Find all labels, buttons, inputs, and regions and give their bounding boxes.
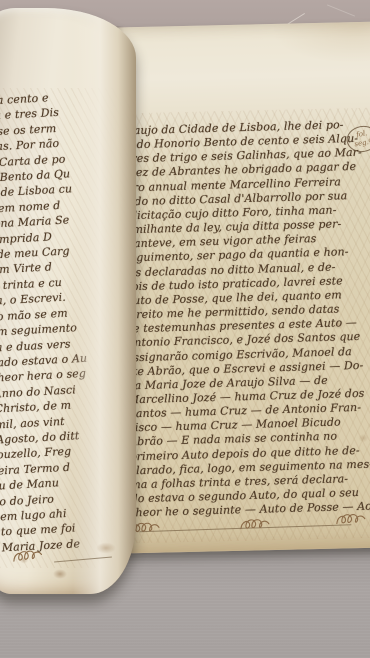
pen-flourish-icon (239, 516, 271, 534)
paper-stains (0, 8, 136, 594)
manuscript-photo: Araujo da Cidade de Lisboa, lhe dei po-s… (0, 0, 370, 658)
left-page-roll: onta cento einta e tres Disde se os term… (0, 8, 136, 594)
right-page-text: Araujo da Cidade de Lisboa, lhe dei po-s… (120, 117, 370, 521)
pen-flourish-icon (335, 511, 367, 529)
pen-flourish-icon (11, 547, 44, 567)
right-page: Araujo da Cidade de Lisboa, lhe dei po-s… (96, 21, 370, 554)
